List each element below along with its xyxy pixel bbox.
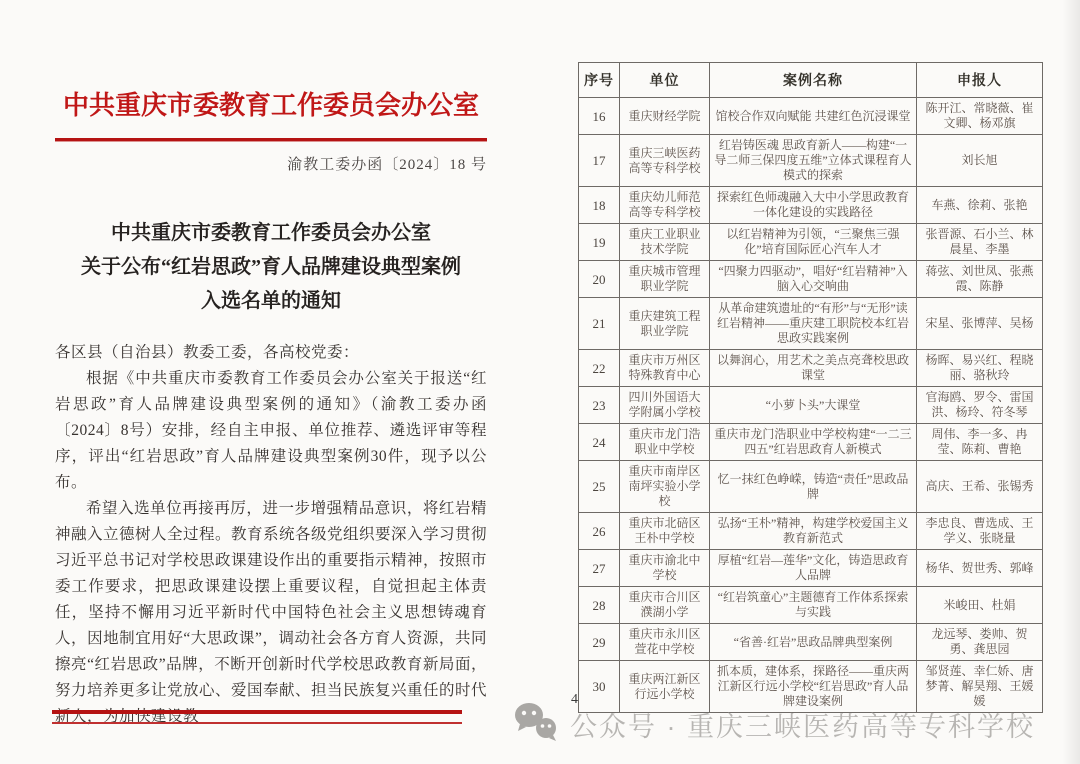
table-row: 16 重庆财经学院 馆校合作双向赋能 共建红色沉浸课堂 陈开江、常晓薇、崔文卿、… (579, 98, 1043, 135)
org-header: 中共重庆市委教育工作委员会办公室 (55, 85, 487, 122)
cell-unit: 重庆工业职业技术学院 (620, 224, 710, 261)
cell-applicants: 杨晖、易兴红、程晓丽、骆秋玲 (917, 350, 1043, 387)
cell-unit: 重庆市万州区特殊教育中心 (620, 350, 710, 387)
cell-serial-number: 28 (579, 587, 620, 624)
cell-case-name: “省善·红岩”思政品牌典型案例 (710, 624, 917, 661)
col-header-unit: 单位 (620, 63, 710, 98)
cell-case-name: 馆校合作双向赋能 共建红色沉浸课堂 (710, 98, 917, 135)
table-row: 23 四川外国语大学附属小学校 “小萝卜头”大课堂 官海鸥、罗令、雷国洪、杨玲、… (579, 387, 1043, 424)
cell-case-name: 以舞润心，用艺术之美点亮聋校思政课堂 (710, 350, 917, 387)
table-row: 26 重庆市北碚区王朴中学校 弘扬“王朴”精神，构建学校爱国主义教育新范式 李忠… (579, 513, 1043, 550)
cell-case-name: “红岩筑童心”主题德育工作体系探索与实践 (710, 587, 917, 624)
cell-serial-number: 27 (579, 550, 620, 587)
header-row: 序号 单位 案例名称 申报人 (579, 63, 1043, 98)
case-table-header: 序号 单位 案例名称 申报人 (579, 63, 1043, 98)
case-table-body: 16 重庆财经学院 馆校合作双向赋能 共建红色沉浸课堂 陈开江、常晓薇、崔文卿、… (579, 98, 1043, 713)
cell-serial-number: 24 (579, 424, 620, 461)
cell-applicants: 陈开江、常晓薇、崔文卿、杨邓旗 (917, 98, 1043, 135)
case-table-grid: 序号 单位 案例名称 申报人 16 重庆财经学院 馆校合作双向赋能 共建红色沉浸… (578, 62, 1043, 713)
cell-unit: 重庆市南岸区南坪实验小学校 (620, 461, 710, 513)
header-red-rule (55, 138, 487, 141)
document-number: 渝教工委办函〔2024〕18 号 (55, 153, 487, 174)
case-table: 序号 单位 案例名称 申报人 16 重庆财经学院 馆校合作双向赋能 共建红色沉浸… (578, 62, 1042, 713)
footer-red-rule (52, 710, 462, 724)
cell-case-name: “小萝卜头”大课堂 (710, 387, 917, 424)
cell-applicants: 刘长旭 (917, 135, 1043, 187)
cell-serial-number: 17 (579, 135, 620, 187)
document-body: 各区县（自治县）教委工委，各高校党委： 根据《中共重庆市委教育工作委员会办公室关… (55, 340, 487, 730)
table-row: 19 重庆工业职业技术学院 以红岩精神为引领，“三聚焦三强化”培育国际匠心汽车人… (579, 224, 1043, 261)
cell-applicants: 龙远琴、娄帅、贺勇、龚思园 (917, 624, 1043, 661)
watermark-label: 公众号 · 重庆三峡医药高等专科学校 (570, 705, 1035, 744)
table-row: 22 重庆市万州区特殊教育中心 以舞润心，用艺术之美点亮聋校思政课堂 杨晖、易兴… (579, 350, 1043, 387)
cell-case-name: 红岩铸医魂 思政育新人——构建“一导二师三保四度五维”立体式课程育人模式的探索 (710, 135, 917, 187)
cell-case-name: “四聚力四驱动”，唱好“红岩精神”入脑入心交响曲 (710, 261, 917, 298)
cell-serial-number: 22 (579, 350, 620, 387)
table-row: 20 重庆城市管理职业学院 “四聚力四驱动”，唱好“红岩精神”入脑入心交响曲 蒋… (579, 261, 1043, 298)
page-edge-shadow (1062, 0, 1080, 764)
table-row: 18 重庆幼儿师范高等专科学校 探索红色师魂融入大中小学思政教育一体化建设的实践… (579, 187, 1043, 224)
col-header-no: 序号 (579, 63, 620, 98)
table-row: 27 重庆市渝北中学校 厚植“红岩—莲华”文化，铸造思政育人品牌 杨华、贺世秀、… (579, 550, 1043, 587)
cell-applicants: 李忠良、曹选成、王学义、张晓量 (917, 513, 1043, 550)
table-row: 29 重庆市永川区萱花中学校 “省善·红岩”思政品牌典型案例 龙远琴、娄帅、贺勇… (579, 624, 1043, 661)
cell-unit: 重庆市北碚区王朴中学校 (620, 513, 710, 550)
cell-applicants: 宋星、张博萍、吴杨 (917, 298, 1043, 350)
cell-case-name: 弘扬“王朴”精神，构建学校爱国主义教育新范式 (710, 513, 917, 550)
cell-serial-number: 23 (579, 387, 620, 424)
cell-applicants: 周伟、李一多、冉莹、陈莉、曹艳 (917, 424, 1043, 461)
cell-applicants: 车燕、徐莉、张艳 (917, 187, 1043, 224)
cell-applicants: 米峻田、杜娟 (917, 587, 1043, 624)
table-row: 24 重庆市龙门浩职业中学校 重庆市龙门浩职业中学校构建“一二三四五”红岩思政育… (579, 424, 1043, 461)
cell-serial-number: 20 (579, 261, 620, 298)
col-header-case: 案例名称 (710, 63, 917, 98)
cell-unit: 重庆市渝北中学校 (620, 550, 710, 587)
cell-serial-number: 18 (579, 187, 620, 224)
cell-unit: 重庆三峡医药高等专科学校 (620, 135, 710, 187)
cell-applicants: 官海鸥、罗令、雷国洪、杨玲、符冬琴 (917, 387, 1043, 424)
wechat-icon (512, 701, 560, 748)
cell-applicants: 蒋弦、刘世凤、张燕霞、陈静 (917, 261, 1043, 298)
body-paragraph-2: 希望入选单位再接再厉，进一步增强精品意识，将红岩精神融入立德树人全过程。教育系统… (55, 496, 487, 730)
cell-unit: 重庆市龙门浩职业中学校 (620, 424, 710, 461)
notice-title-line-1: 中共重庆市委教育工作委员会办公室 (55, 216, 487, 250)
body-paragraph-1: 根据《中共重庆市委教育工作委员会办公室关于报送“红岩思政”育人品牌建设典型案例的… (55, 366, 487, 496)
cell-applicants: 高庆、王希、张锡秀 (917, 461, 1043, 513)
table-row: 21 重庆建筑工程职业学院 从革命建筑遗址的“有形”与“无形”读红岩精神——重庆… (579, 298, 1043, 350)
cell-serial-number: 19 (579, 224, 620, 261)
cell-applicants: 杨华、贺世秀、郭峰 (917, 550, 1043, 587)
cell-serial-number: 29 (579, 624, 620, 661)
cell-case-name: 忆一抹红色峥嵘，铸造“责任”思政品牌 (710, 461, 917, 513)
notice-title-line-3: 入选名单的通知 (55, 284, 487, 318)
cell-unit: 四川外国语大学附属小学校 (620, 387, 710, 424)
table-row: 17 重庆三峡医药高等专科学校 红岩铸医魂 思政育新人——构建“一导二师三保四度… (579, 135, 1043, 187)
cell-case-name: 探索红色师魂融入大中小学思政教育一体化建设的实践路径 (710, 187, 917, 224)
cell-serial-number: 26 (579, 513, 620, 550)
cell-unit: 重庆市永川区萱花中学校 (620, 624, 710, 661)
cell-unit: 重庆财经学院 (620, 98, 710, 135)
cell-unit: 重庆幼儿师范高等专科学校 (620, 187, 710, 224)
table-row: 25 重庆市南岸区南坪实验小学校 忆一抹红色峥嵘，铸造“责任”思政品牌 高庆、王… (579, 461, 1043, 513)
notice-title-line-2: 关于公布“红岩思政”育人品牌建设典型案例 (55, 250, 487, 284)
cell-serial-number: 16 (579, 98, 620, 135)
col-header-applicants: 申报人 (917, 63, 1043, 98)
cell-case-name: 厚植“红岩—莲华”文化，铸造思政育人品牌 (710, 550, 917, 587)
cell-serial-number: 21 (579, 298, 620, 350)
cell-case-name: 以红岩精神为引领，“三聚焦三强化”培育国际匠心汽车人才 (710, 224, 917, 261)
table-row: 28 重庆市合川区濮湖小学 “红岩筑童心”主题德育工作体系探索与实践 米峻田、杜… (579, 587, 1043, 624)
notice-title: 中共重庆市委教育工作委员会办公室 关于公布“红岩思政”育人品牌建设典型案例 入选… (55, 216, 487, 318)
cell-case-name: 从革命建筑遗址的“有形”与“无形”读红岩精神——重庆建工职院校本红岩思政实践案例 (710, 298, 917, 350)
cell-unit: 重庆城市管理职业学院 (620, 261, 710, 298)
cell-case-name: 重庆市龙门浩职业中学校构建“一二三四五”红岩思政育人新模式 (710, 424, 917, 461)
cell-unit: 重庆建筑工程职业学院 (620, 298, 710, 350)
cell-serial-number: 25 (579, 461, 620, 513)
watermark: 公众号 · 重庆三峡医药高等专科学校 (512, 698, 1072, 750)
cell-applicants: 张晋源、石小兰、林晨星、李墨 (917, 224, 1043, 261)
cell-unit: 重庆市合川区濮湖小学 (620, 587, 710, 624)
official-document: 中共重庆市委教育工作委员会办公室 渝教工委办函〔2024〕18 号 中共重庆市委… (55, 0, 487, 730)
salutation: 各区县（自治县）教委工委，各高校党委： (55, 340, 487, 366)
